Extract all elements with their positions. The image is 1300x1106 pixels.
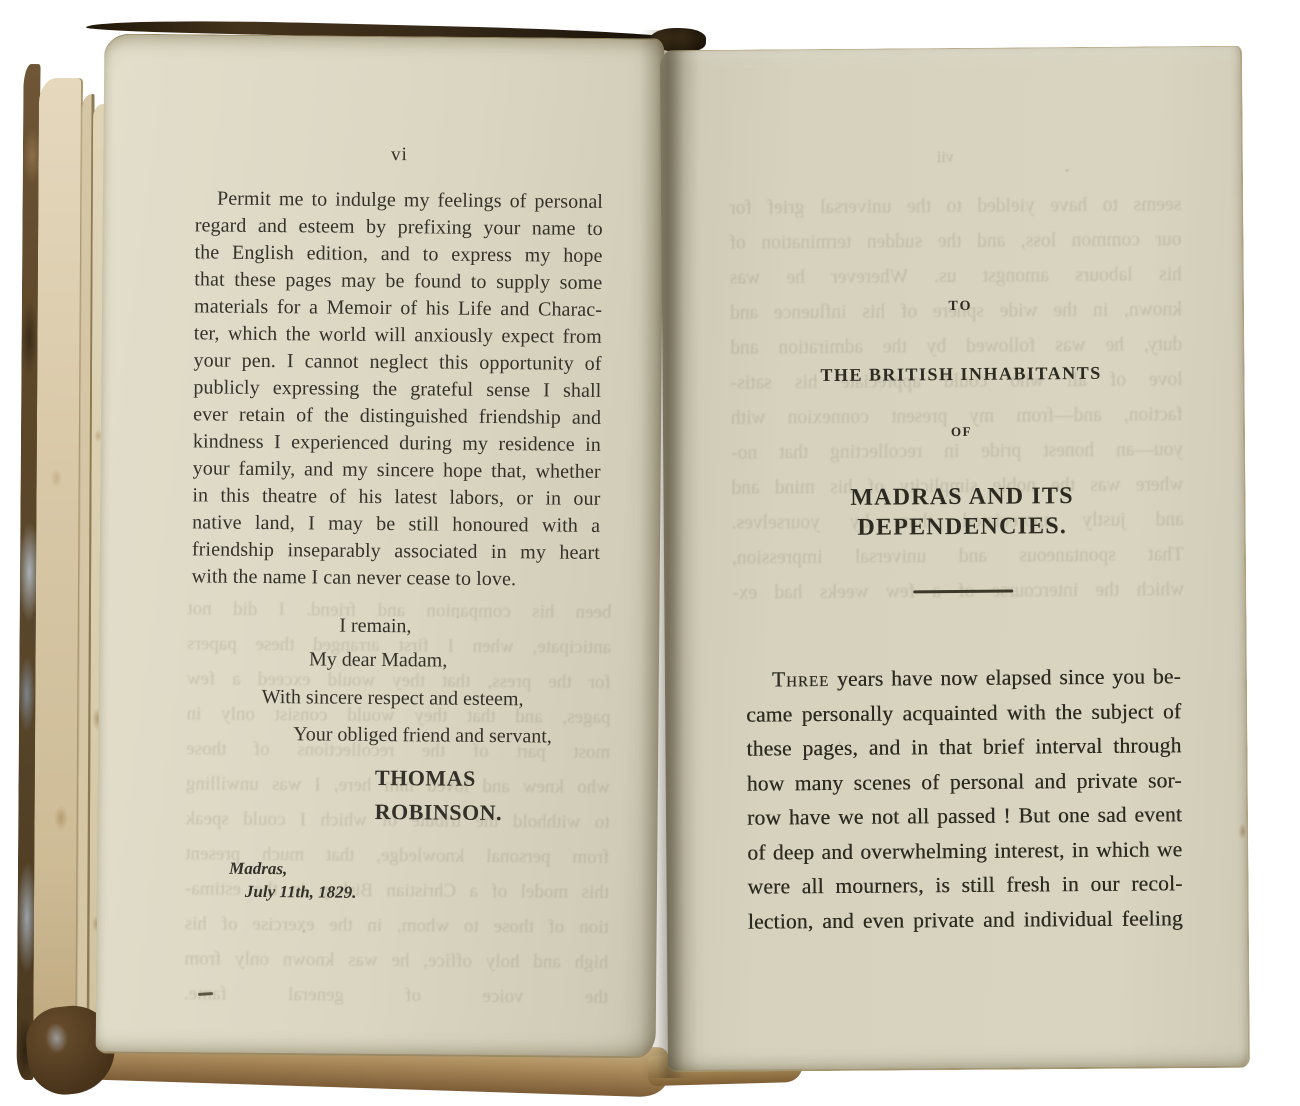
right-page: vii seems to have yielded to the univers… bbox=[660, 46, 1250, 1073]
closing-line: I remain, bbox=[191, 609, 599, 643]
dedication-of: OF bbox=[744, 422, 1179, 440]
closing-line: My dear Madam, bbox=[191, 643, 599, 677]
text-line: ever retain of the distinguished friends… bbox=[193, 401, 601, 432]
text-line: materials for a Memoir of his Life and C… bbox=[194, 293, 602, 324]
dedication-letter-paragraph: Permit me to indulge my feelings of pers… bbox=[192, 185, 604, 594]
closing-line: With sincere respect and esteem, bbox=[191, 681, 599, 715]
page-number: vi bbox=[195, 141, 603, 169]
dedication-to: TO bbox=[743, 297, 1178, 316]
opening-paragraph: Three years have now elapsed since you b… bbox=[746, 659, 1183, 938]
text-line: the English edition, and to express my h… bbox=[194, 239, 602, 270]
small-caps-word: Three bbox=[772, 667, 829, 691]
dedication-recipient: THE BRITISH INHABITANTS bbox=[743, 359, 1178, 388]
closing-line: Your obliged friend and servant, bbox=[190, 718, 598, 752]
text-line: in this theatre of his latest labors, or… bbox=[192, 482, 600, 513]
dateline-date: July 11th, 1829. bbox=[189, 880, 597, 906]
text-line: your pen. I cannot neglect this opportun… bbox=[193, 347, 601, 378]
dedication-place: MADRAS AND ITS DEPENDENCIES. bbox=[744, 480, 1179, 543]
text-line: how many scenes of personal and private … bbox=[747, 763, 1182, 801]
text-line: your family, and my sincere hope that, w… bbox=[193, 455, 601, 486]
text-line: high and holy office, he was known only … bbox=[184, 941, 608, 980]
text-line: regard and esteem by prefixing your name… bbox=[195, 212, 603, 243]
text-line: lection, and even private and individual… bbox=[748, 901, 1183, 939]
gutter-shadow bbox=[640, 30, 698, 1078]
left-page-text-column: vi Permit me to indulge my feelings of p… bbox=[189, 35, 605, 906]
text-line: with the name I can never cease to love. bbox=[192, 563, 600, 594]
text-line: that these pages may be found to supply … bbox=[194, 266, 602, 297]
text-line: of deep and overwhelming interest, in wh… bbox=[747, 832, 1182, 870]
text-line: ter, which the world will anxiously expe… bbox=[194, 320, 602, 351]
page-stack-edge bbox=[33, 78, 83, 1078]
text-line: the voice of general fame. bbox=[184, 976, 608, 1015]
text-line: publicly expressing the grateful sense I… bbox=[193, 374, 601, 405]
left-page: been his companion and friend. I did not… bbox=[96, 34, 665, 1059]
text-line: native land, I may be still honoured wit… bbox=[192, 509, 600, 540]
text-line: kindness I experienced during my residen… bbox=[193, 428, 601, 459]
text-line: these pages, and in that brief interval … bbox=[746, 728, 1181, 766]
text-line: row have we not all passed ! But one sad… bbox=[747, 797, 1182, 835]
text-line: came personally acquainted with the subj… bbox=[746, 694, 1181, 732]
text-line: friendship inseparably associated in my … bbox=[192, 536, 600, 567]
text-line: were all mourners, is still fresh in our… bbox=[747, 866, 1182, 904]
dateline-place: Madras, bbox=[189, 857, 597, 883]
open-book-photo: been his companion and friend. I did not… bbox=[0, 0, 1300, 1106]
text-line: Permit me to indulge my feelings of pers… bbox=[195, 185, 603, 216]
right-page-text-column: TO THE BRITISH INHABITANTS OF MADRAS AND… bbox=[741, 47, 1183, 938]
text-line: Three years have now elapsed since you b… bbox=[746, 659, 1181, 697]
signature: THOMAS ROBINSON. bbox=[190, 759, 599, 831]
text-line: tion of those to whom, in the exercise o… bbox=[185, 906, 609, 945]
divider-rule bbox=[913, 590, 1013, 594]
